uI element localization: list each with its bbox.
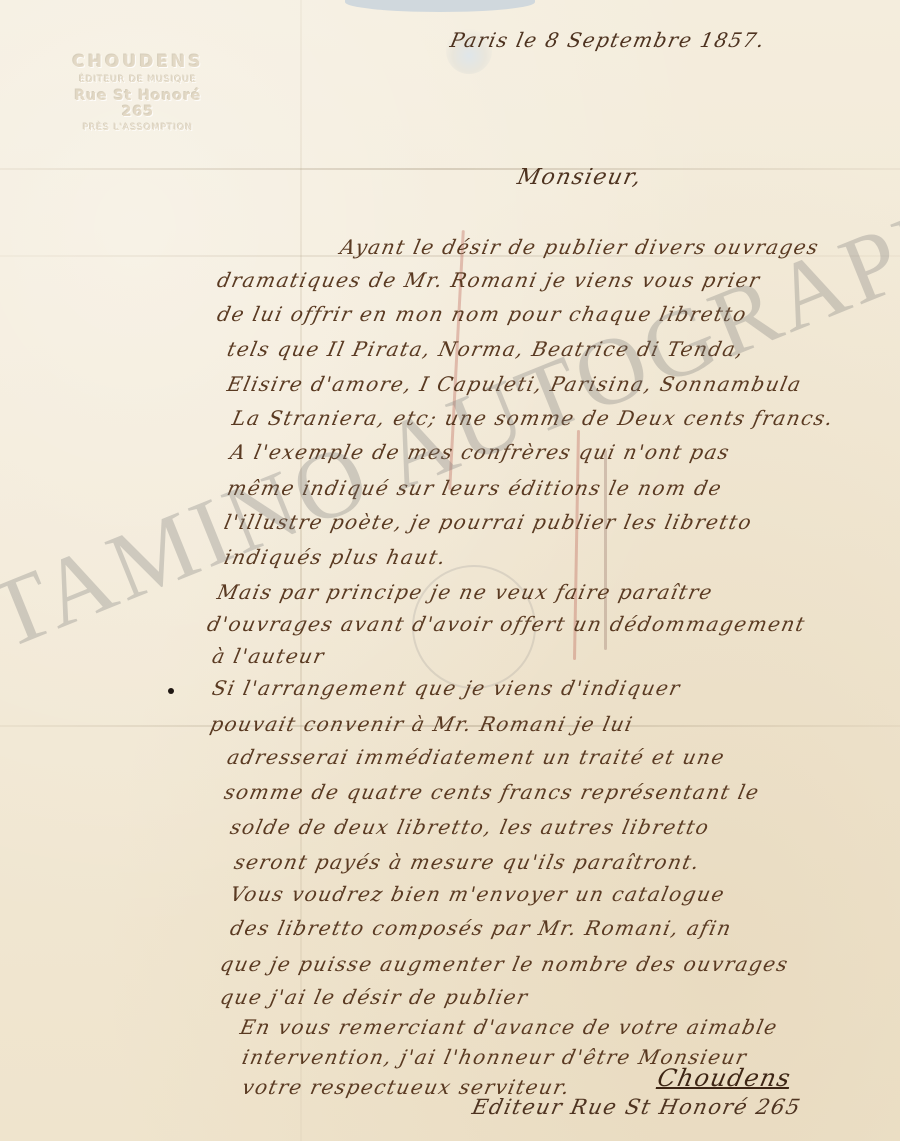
letter-line: que j'ai le désir de publier	[218, 985, 531, 1009]
fold-crease	[0, 168, 900, 170]
letterhead-subtitle: ÉDITEUR DE MUSIQUE	[58, 75, 218, 85]
letter-line: adresserai immédiatement un traité et un…	[225, 745, 728, 769]
letter-dateline: Paris le 8 Septembre 1857.	[448, 28, 768, 52]
letter-salutation: Monsieur,	[515, 165, 644, 190]
letter-line: Vous voudrez bien m'envoyer un catalogue	[228, 882, 728, 906]
letter-line: à l'auteur	[210, 644, 327, 668]
letterhead-city: PRÈS L'ASSOMPTION	[58, 123, 218, 133]
letter-line: pouvait convenir à Mr. Romani je lui	[208, 712, 636, 736]
letter-line: l'illustre poète, je pourrai publier les…	[222, 510, 755, 534]
torn-top-edge	[345, 0, 535, 12]
signature: Choudens	[655, 1064, 794, 1092]
letter-line: des libretto composés par Mr. Romani, af…	[228, 916, 734, 940]
letter-line: La Straniera, etc; une somme de Deux cen…	[230, 406, 836, 430]
letterhead-name: CHOUDENS	[58, 52, 218, 72]
letter-line: Ayant le désir de publier divers ouvrage…	[338, 235, 822, 259]
embossed-letterhead: CHOUDENS ÉDITEUR DE MUSIQUE Rue St Honor…	[58, 52, 218, 133]
letter-line: A l'exemple de mes confrères qui n'ont p…	[228, 440, 733, 464]
letter-line: seront payés à mesure qu'ils paraîtront.	[232, 850, 703, 874]
letter-line: solde de deux libretto, les autres libre…	[228, 815, 712, 839]
letter-page: CHOUDENS ÉDITEUR DE MUSIQUE Rue St Honor…	[0, 0, 900, 1141]
letter-line: d'ouvrages avant d'avoir offert un dédom…	[205, 612, 808, 636]
letter-line: somme de quatre cents francs représentan…	[222, 780, 762, 804]
publisher-address-line: Editeur Rue St Honoré 265	[470, 1095, 803, 1119]
letter-line: de lui offrir en mon nom pour chaque lib…	[215, 302, 750, 326]
letter-line: tels que Il Pirata, Norma, Beatrice di T…	[225, 337, 747, 361]
letter-line: indiqués plus haut.	[222, 545, 449, 569]
letter-line: Si l'arrangement que je viens d'indiquer	[210, 676, 683, 700]
letter-line: Elisire d'amore, I Capuleti, Parisina, S…	[225, 372, 804, 396]
letter-line: dramatiques de Mr. Romani je viens vous …	[215, 268, 763, 292]
letter-line: même indiqué sur leurs éditions le nom d…	[225, 476, 725, 500]
letterhead-address: Rue St Honoré 265	[58, 88, 218, 120]
letter-line: Mais par principe je ne veux faire paraî…	[215, 580, 716, 604]
ink-spot	[168, 688, 174, 694]
letter-line: En vous remerciant d'avance de votre aim…	[238, 1015, 780, 1039]
letter-line: que je puisse augmenter le nombre des ou…	[218, 952, 791, 976]
